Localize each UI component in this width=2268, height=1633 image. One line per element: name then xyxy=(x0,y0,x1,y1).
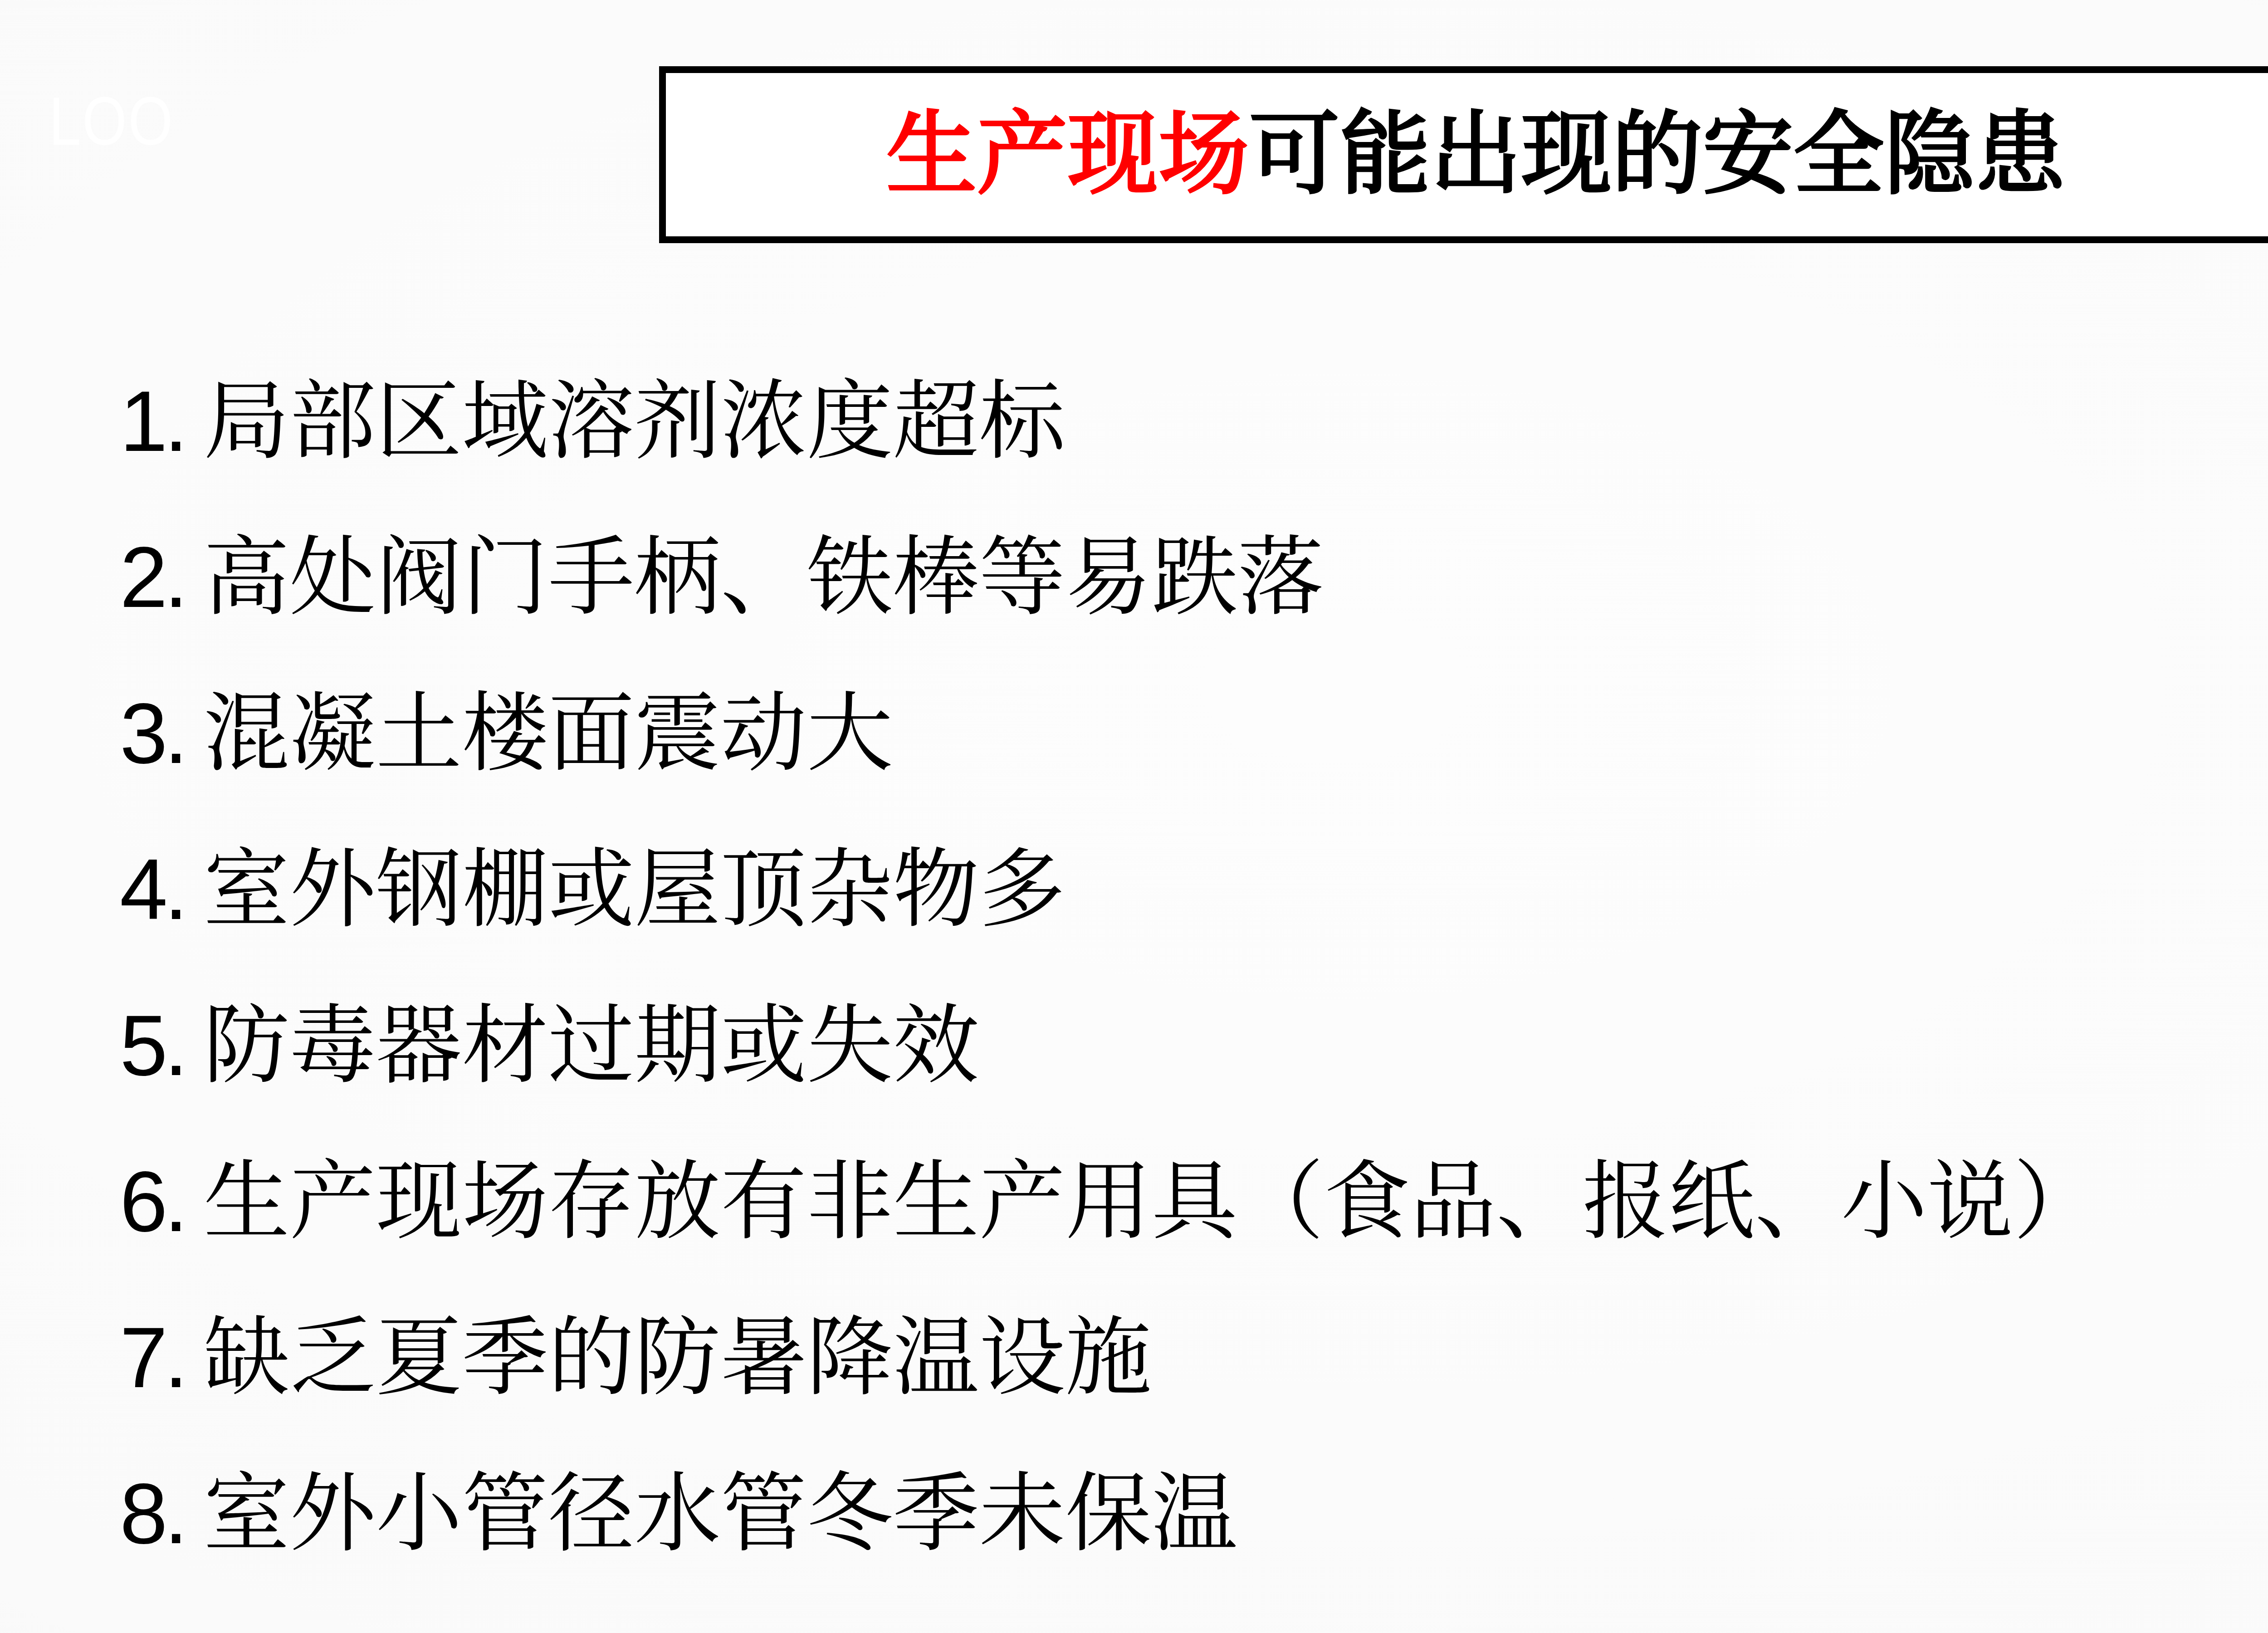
title-box: 生产现场可能出现的安全隐患 xyxy=(659,66,2268,243)
title-highlight: 生产现场 xyxy=(886,104,1249,205)
list-item: 5. 防毒器材过期或失效 xyxy=(120,968,2099,1124)
title-rest: 可能出现的安全隐患 xyxy=(1249,104,2066,205)
list-item: 6. 生产现场存放有非生产用具（食品、报纸、小说） xyxy=(120,1124,2099,1280)
list-item: 8. 室外小管径水管冬季未保温 xyxy=(120,1436,2099,1592)
list-item-text: 高处阀门手柄、铁棒等易跌落 xyxy=(203,534,1324,621)
list-item-number: 8. xyxy=(120,1471,184,1557)
list-item-text: 室外小管径水管冬季未保温 xyxy=(203,1471,1237,1557)
slide-canvas: LOO 生产现场可能出现的安全隐患 1. 局部区域溶剂浓度超标 2. 高处阀门 xyxy=(0,0,2268,1633)
list-item-number: 2. xyxy=(120,534,184,621)
list-item: 3. 混凝土楼面震动大 xyxy=(120,655,2099,812)
list-item-number: 4. xyxy=(120,846,184,933)
list-item-text: 生产现场存放有非生产用具（食品、报纸、小说） xyxy=(203,1159,2099,1245)
list-item-text: 缺乏夏季的防暑降温设施 xyxy=(203,1315,1151,1401)
logo-text: LOO xyxy=(49,87,174,155)
list-item: 2. 高处阀门手柄、铁棒等易跌落 xyxy=(120,499,2099,655)
list-item-text: 混凝土楼面震动大 xyxy=(203,690,893,777)
list-item: 7. 缺乏夏季的防暑降温设施 xyxy=(120,1280,2099,1436)
hazard-list: 1. 局部区域溶剂浓度超标 2. 高处阀门手柄、铁棒等易跌落 3. 混凝土楼面震… xyxy=(120,343,2099,1592)
list-item-number: 5. xyxy=(120,1002,184,1089)
list-item-text: 防毒器材过期或失效 xyxy=(203,1002,979,1089)
list-item: 4. 室外钢棚或屋顶杂物多 xyxy=(120,812,2099,968)
list-item: 1. 局部区域溶剂浓度超标 xyxy=(120,343,2099,499)
list-item-number: 1. xyxy=(120,378,184,464)
list-item-number: 3. xyxy=(120,690,184,777)
page-title: 生产现场可能出现的安全隐患 xyxy=(886,109,2065,200)
list-item-number: 7. xyxy=(120,1315,184,1401)
list-item-text: 室外钢棚或屋顶杂物多 xyxy=(203,846,1065,933)
list-item-text: 局部区域溶剂浓度超标 xyxy=(203,378,1065,464)
list-item-number: 6. xyxy=(120,1159,184,1245)
